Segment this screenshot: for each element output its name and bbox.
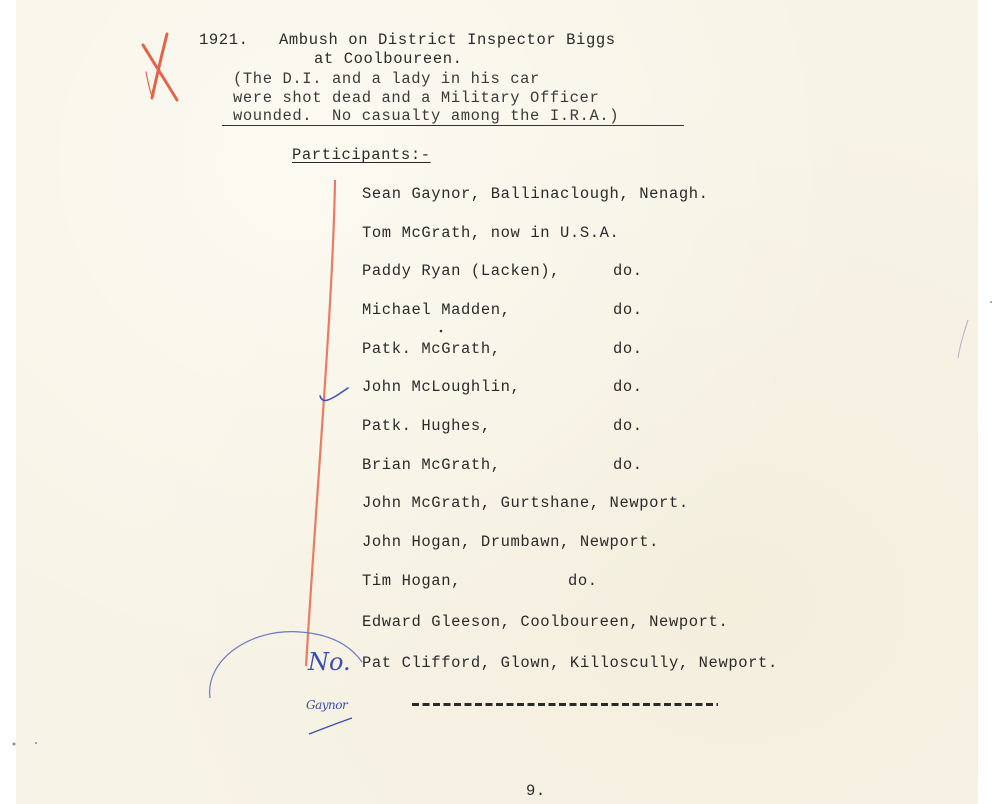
ditto-mark: do. [613, 262, 643, 280]
list-item: Tim Hogan, [362, 572, 461, 590]
header-note-line1: (The D.I. and a lady in his car [233, 70, 540, 88]
list-item: Patk. Hughes, [362, 417, 491, 435]
header-underline [222, 125, 684, 126]
list-item: John McLoughlin, [362, 378, 520, 396]
list-item: Patk. McGrath, [362, 340, 501, 358]
list-item: Brian McGrath, [362, 456, 501, 474]
list-item: Tom McGrath, now in U.S.A. [362, 224, 619, 242]
header-note-line3: wounded. No casualty among the I.R.A.) [233, 107, 619, 125]
separator-rule [412, 703, 718, 706]
list-item: John Hogan, Drumbawn, Newport. [362, 533, 659, 551]
ditto-mark: do. [613, 417, 643, 435]
handwritten-no: No. [308, 648, 351, 676]
list-item: Paddy Ryan (Lacken), [362, 262, 560, 280]
header-title-line1: Ambush on District Inspector Biggs [279, 31, 616, 49]
list-item: Pat Clifford, Glown, Killoscully, Newpor… [362, 654, 778, 672]
document-page: 1921. Ambush on District Inspector Biggs… [16, 0, 978, 804]
ditto-mark: do. [613, 378, 643, 396]
ditto-mark: do. [613, 301, 643, 319]
list-item: Edward Gleeson, Coolboureen, Newport. [362, 613, 728, 631]
ditto-mark: do. [613, 340, 643, 358]
list-item: Michael Madden, [362, 301, 511, 319]
header-note-line2: were shot dead and a Military Officer [233, 89, 599, 107]
page-number: 9. [526, 782, 546, 800]
ditto-mark: do. [568, 572, 598, 590]
ditto-mark: do. [613, 456, 643, 474]
header-year: 1921. [199, 31, 249, 49]
list-item: Sean Gaynor, Ballinaclough, Nenagh. [362, 185, 709, 203]
handwritten-signature: Gaynor [306, 698, 347, 712]
list-item: John McGrath, Gurtshane, Newport. [362, 494, 689, 512]
participants-label: Participants:- [292, 146, 431, 164]
header-title-line2: at Coolboureen. [314, 50, 463, 68]
